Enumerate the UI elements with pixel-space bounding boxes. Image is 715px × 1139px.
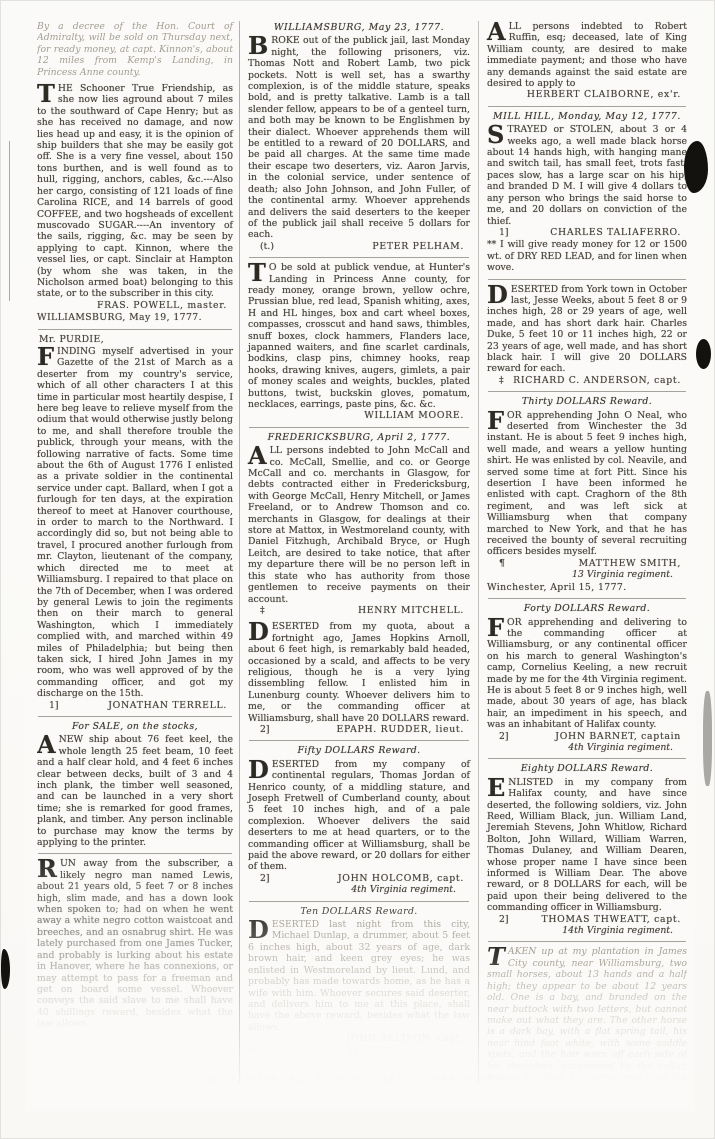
article-heading: Mr. PURDIE, [39,334,233,345]
notice-admiralty-sale: By a decree of the Hon. Court of Admiral… [37,21,233,78]
article-signature: WILLIAM MOORE. [248,410,470,421]
article-body: OR apprehending and delivering to the co… [487,617,687,731]
article-dropcap: D [248,759,272,779]
article-signature-line2: 14th Virginia regiment. [487,925,687,936]
notice-taken-up-horses: TAKEN up at my plantation in James City … [487,946,687,1083]
article-signature: ‡RICHARD C. ANDERSON, capt. [487,375,687,386]
article-dropcap: T [487,946,508,966]
article-heading: Ten DOLLARS Reward. [248,906,470,917]
article-separator-rule [488,598,686,599]
article-heading: Eighty DOLLARS Reward. [487,763,687,774]
article-separator-rule [38,716,232,717]
article-separator-rule [488,279,686,280]
article-signature: ¶MATTHEW SMITH, [487,558,687,569]
article-separator-rule [488,941,686,942]
article-body: O be sold at publick vendue, at Hunter's… [248,262,470,410]
article-body: LL persons indebted to John McCall and c… [248,445,470,604]
article-separator-rule [249,901,469,902]
newspaper-scan-background: By a decree of the Hon. Court of Admiral… [0,0,715,1139]
page-columns: By a decree of the Hon. Court of Admiral… [37,21,687,1083]
article-signature: 2]EPAPH. RUDDER, lieut. [248,724,470,735]
article-body: LL persons indebted to Robert Ruffin, es… [487,21,687,89]
article-signature-line2: 13 Virginia regiment. [487,569,687,580]
column-left: By a decree of the Hon. Court of Admiral… [37,21,239,1083]
ink-blot [703,691,712,786]
article-body: ESERTED from York town in October last, … [487,284,687,375]
article-dateline: MILL HILL, Monday, May 12, 1777. [487,111,687,122]
article-body: UN away from the subscriber, a likely ne… [37,858,233,1029]
column-middle: WILLIAMSBURG, May 23, 1777. BROKE out of… [239,21,479,1083]
ink-blot [684,141,708,193]
article-separator-rule [488,391,686,392]
article-dropcap: T [248,262,269,282]
newsprint-page: By a decree of the Hon. Court of Admiral… [25,11,695,1111]
notice-ruffin-estate: ALL persons indebted to Robert Ruffin, e… [487,21,687,101]
article-dropcap: A [37,734,59,754]
article-dropcap: F [487,410,507,430]
article-signature: 1]JONATHAN TERRELL. [37,700,233,711]
article-signature: JOHN ALLISON, capt. [248,1033,470,1044]
article-signature: ‡HENRY MITCHELL. [248,605,470,616]
notice-deserters-weeks-duke: DESERTED from York town in October last,… [487,284,687,387]
article-dropcap: B [248,35,271,55]
notice-strayed-horse: MILL HILL, Monday, May 12, 1777. STRAYED… [487,111,687,274]
ink-blot [1,949,10,989]
notice-fifty-dollars-reward: Fifty DOLLARS Reward. DESERTED from my c… [248,745,470,895]
notice-jailbreak-pelham: WILLIAMSBURG, May 23, 1777. BROKE out of… [248,22,470,252]
article-body: TRAYED or STOLEN, about 3 or 4 weeks ago… [487,124,687,226]
notice-mccall-debts: FREDERICKSBURG, April 2, 1777. ALL perso… [248,432,470,617]
article-heading: Thirty DOLLARS Reward. [487,396,687,407]
ad-goods-vendue: TO be sold at publick vendue, at Hunter'… [248,262,470,422]
article-postscript: ** I will give ready money for 12 or 150… [487,239,687,273]
notice-ten-dollars-reward: Ten DOLLARS Reward. DESERTED last night … [248,906,470,1057]
article-body: OR apprehending John O Neal, who deserte… [487,410,687,558]
article-dropcap: D [487,284,511,304]
article-separator-rule [488,758,686,759]
printer-imprint: WILLIAMSBURG: Printed by ALEXANDER PURDI… [25,1075,695,1086]
article-dropcap: S [487,124,507,144]
ink-blot [696,339,711,369]
notice-eighty-dollars-reward: Eighty DOLLARS Reward. ENLISTED in my co… [487,763,687,936]
article-signature: 2]THOMAS THWEATT, capt. [487,914,687,925]
article-heading: Fifty DOLLARS Reward. [248,745,470,756]
article-body: INDING myself advertised in your Gazette… [37,346,233,699]
article-signature: 1]CHARLES TALIAFERRO. [487,227,687,238]
article-separator-rule [249,740,469,741]
article-signature: HERBERT CLAIBORNE, ex'r. [487,89,687,100]
article-signature-line2: 4th Virginia regiment. [248,884,470,895]
notice-thirty-dollars-reward: Thirty DOLLARS Reward. FOR apprehending … [487,396,687,593]
ad-new-ship-for-sale: For SALE, on the stocks, ANEW ship about… [37,721,233,848]
ad-schooner-true-friendship: THE Schooner True Friendship, as she now… [37,83,233,324]
article-dropcap: A [248,445,270,465]
article-separator-rule [249,427,469,428]
scan-edge-artifact-line [9,141,10,301]
article-body: HE Schooner True Friendship, as she now … [37,83,233,299]
article-body: AKEN up at my plantation in James City c… [487,946,687,1083]
article-separator-rule [249,257,469,258]
article-dropcap: F [487,617,507,637]
article-dropcap: A [487,21,509,41]
article-signature: FRAS. POWELL, master. [37,300,233,311]
article-separator-rule [488,106,686,107]
article-separator-rule [38,329,232,330]
article-dateline: FREDERICKSBURG, April 2, 1777. [248,432,470,443]
article-signature: (t.)PETER PELHAM. [248,241,470,252]
article-body: NEW ship about 76 feet keel, the whole l… [37,734,233,848]
notice-deserter-arnoll: DESERTED from my quota, about a fortnigh… [248,621,470,735]
article-heading: For SALE, on the stocks, [37,721,233,732]
article-body: ESERTED from my quota, about a fortnight… [248,621,470,723]
article-dropcap: F [37,346,57,366]
article-signature: 2]JOHN BARNET, captain [487,731,687,742]
article-body: ESERTED last night from this city, Micha… [248,919,470,1033]
article-dropcap: R [37,858,60,878]
article-heading: Forty DOLLARS Reward. [487,603,687,614]
article-body: ROKE out of the publick jail, last Monda… [248,35,470,240]
article-signature-line2: 4th Virginia regiment. [487,742,687,753]
article-dateline: Winchester, April 15, 1777. [487,582,687,593]
article-dropcap: E [487,777,508,797]
article-dropcap: T [37,83,58,103]
article-separator-rule [38,853,232,854]
article-dateline: Williamsburg, May 21, 1777. [248,1046,470,1057]
article-body: ESERTED from my company of continental r… [248,759,470,873]
article-body: NLISTED in my company from Halifax count… [487,777,687,913]
ad-runaway-lewis: RUN away from the subscriber, a likely n… [37,858,233,1029]
article-dropcap: D [248,919,272,939]
article-dropcap: D [248,621,272,641]
article-dateline: WILLIAMSBURG, May 23, 1777. [248,22,470,33]
article-body: By a decree of the Hon. Court of Admiral… [37,21,233,78]
notice-forty-dollars-reward: Forty DOLLARS Reward. FOR apprehending a… [487,603,687,753]
letter-to-purdie: Mr. PURDIE, FINDING myself advertised in… [37,334,233,711]
article-signature: 2]JOHN HOLCOMB, capt. [248,873,470,884]
article-dateline: WILLIAMSBURG, May 19, 1777. [37,312,233,323]
column-right: ALL persons indebted to Robert Ruffin, e… [479,21,687,1083]
